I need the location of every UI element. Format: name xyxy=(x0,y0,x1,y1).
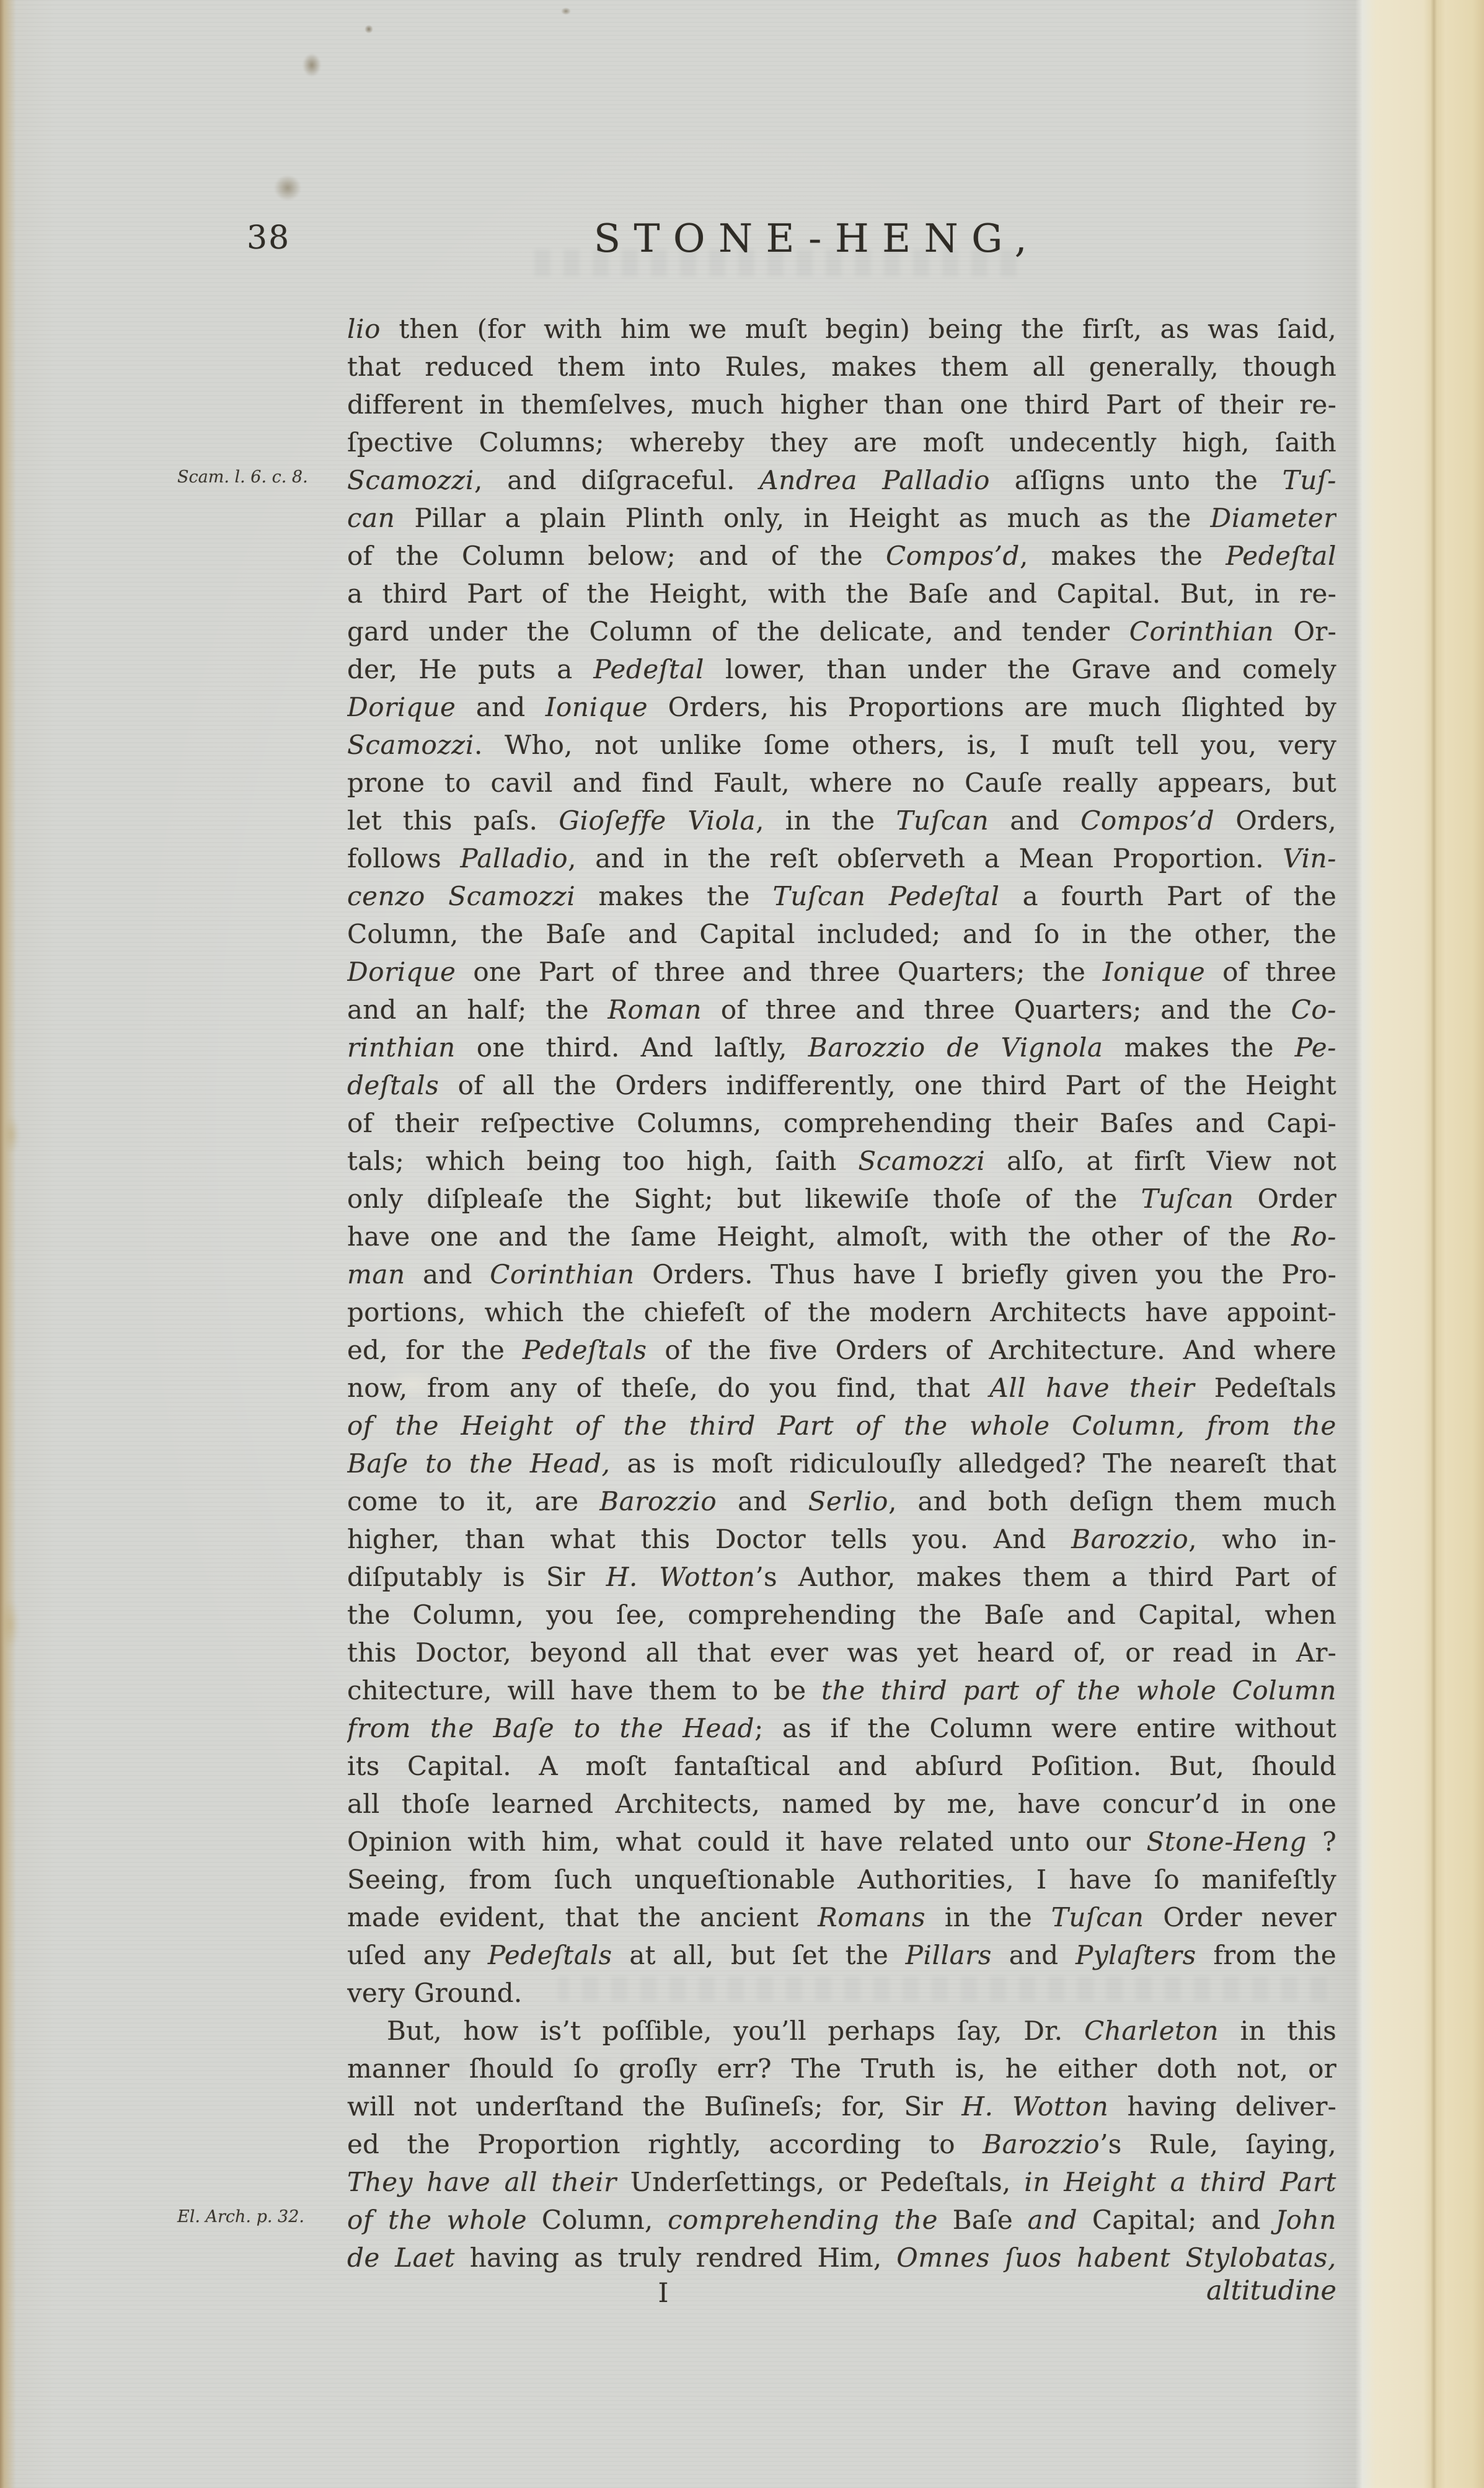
text-line: Opinion with him, what could it have rel… xyxy=(347,1823,1336,1861)
stain xyxy=(561,7,571,15)
text-line: the Column, you ſee, comprehending the B… xyxy=(347,1596,1336,1634)
fore-edge xyxy=(1355,0,1484,2488)
text-line: manner ſhould ſo groſly err? The Truth i… xyxy=(347,2050,1336,2087)
text-line: different in themſelves, much higher tha… xyxy=(347,386,1336,423)
text-line: Scamozzi, and diſgraceful. Andrea Pallad… xyxy=(347,461,1336,499)
gutter-edge xyxy=(0,0,17,2488)
text-line: can Pillar a plain Plinth only, in Heigh… xyxy=(347,499,1336,537)
text-line: uſed any Pedeſtals at all, but ſet the P… xyxy=(347,1936,1336,1974)
running-header: STONE-HENG, xyxy=(322,216,1312,261)
book-page: 38 STONE-HENG, lio then (for with him we… xyxy=(0,0,1484,2488)
text-line: a third Part of the Height, with the Baſ… xyxy=(347,575,1336,613)
text-line: of the Column below; and of the Compos’d… xyxy=(347,537,1336,575)
text-block: lio then (for with him we muſt begin) be… xyxy=(347,310,1336,2277)
text-line: Dorique one Part of three and three Quar… xyxy=(347,953,1336,991)
text-line: Baſe to the Head, as is moſt ridiculouſl… xyxy=(347,1445,1336,1482)
text-line: only diſpleaſe the Sight; but likewiſe t… xyxy=(347,1180,1336,1218)
text-line: prone to cavil and find Fault, where no … xyxy=(347,764,1336,802)
text-line: portions, which the chiefeſt of the mode… xyxy=(347,1293,1336,1331)
text-line: made evident, that the ancient Romans in… xyxy=(347,1898,1336,1936)
text-line: from the Baſe to the Head; as if the Col… xyxy=(347,1709,1336,1747)
text-line: ed, for the Pedeſtals of the five Orders… xyxy=(347,1331,1336,1369)
text-line: They have all their Underſettings, or Pe… xyxy=(347,2163,1336,2201)
text-line: higher, than what this Doctor tells you.… xyxy=(347,1520,1336,1558)
page-number: 38 xyxy=(247,219,290,257)
text-line: gard under the Column of the delicate, a… xyxy=(347,613,1336,650)
text-line: cenzo Scamozzi makes the Tuſcan Pedeſtal… xyxy=(347,877,1336,915)
text-line: let this paſs. Gioſeffe Viola, in the Tu… xyxy=(347,802,1336,839)
text-line: very Ground. xyxy=(347,1974,1336,2012)
text-line: and an half; the Roman of three and thre… xyxy=(347,991,1336,1029)
text-line: now, from any of theſe, do you find, tha… xyxy=(347,1369,1336,1407)
text-line: chitecture, will have them to be the thi… xyxy=(347,1671,1336,1709)
text-line: diſputably is Sir H. Wotton’s Author, ma… xyxy=(347,1558,1336,1596)
text-line: der, He puts a Pedeſtal lower, than unde… xyxy=(347,650,1336,688)
text-line: have one and the ſame Height, almoſt, wi… xyxy=(347,1218,1336,1255)
text-line: of the Height of the third Part of the w… xyxy=(347,1407,1336,1445)
text-line: lio then (for with him we muſt begin) be… xyxy=(347,310,1336,348)
stain xyxy=(303,53,321,77)
text-line: Column, the Baſe and Capital included; a… xyxy=(347,915,1336,953)
margin-note: Scam. l. 6. c. 8. xyxy=(177,467,340,487)
stain xyxy=(274,175,301,201)
text-line: Seeing, from ſuch unqueſtionable Authori… xyxy=(347,1861,1336,1898)
text-line: of the whole Column, comprehending the B… xyxy=(347,2201,1336,2239)
text-line: de Laet having as truly rendred Him, Omn… xyxy=(347,2239,1336,2277)
catchword: altitudine xyxy=(347,2275,1336,2306)
text-line: that reduced them into Rules, makes them… xyxy=(347,348,1336,386)
text-line: rinthian one third. And laſtly, Barozzio… xyxy=(347,1029,1336,1066)
text-line: of their reſpective Columns, comprehendi… xyxy=(347,1104,1336,1142)
text-line: ed the Proportion rightly, according to … xyxy=(347,2125,1336,2163)
text-line: tals; which being too high, ſaith Scamoz… xyxy=(347,1142,1336,1180)
text-line: deſtals of all the Orders indifferently,… xyxy=(347,1066,1336,1104)
text-line: ſpective Columns; whereby they are moſt … xyxy=(347,423,1336,461)
margin-note: El. Arch. p. 32. xyxy=(177,2207,340,2227)
text-line: its Capital. A moſt fantaſtical and abſu… xyxy=(347,1747,1336,1785)
text-line: will not underſtand the Buſineſs; for, S… xyxy=(347,2087,1336,2125)
text-line: But, how is’t poſſible, you’ll perhaps ſ… xyxy=(347,2012,1336,2050)
text-line: Dorique and Ionique Orders, his Proporti… xyxy=(347,688,1336,726)
stain xyxy=(364,25,373,33)
text-line: Scamozzi. Who, not unlike ſome others, i… xyxy=(347,726,1336,764)
page-crease xyxy=(1431,0,1437,2488)
text-line: all thoſe learned Architects, named by m… xyxy=(347,1785,1336,1823)
text-line: come to it, are Barozzio and Serlio, and… xyxy=(347,1482,1336,1520)
text-line: man and Corinthian Orders. Thus have I b… xyxy=(347,1255,1336,1293)
text-line: follows Palladio, and in the reſt obſerv… xyxy=(347,839,1336,877)
text-line: this Doctor, beyond all that ever was ye… xyxy=(347,1634,1336,1671)
